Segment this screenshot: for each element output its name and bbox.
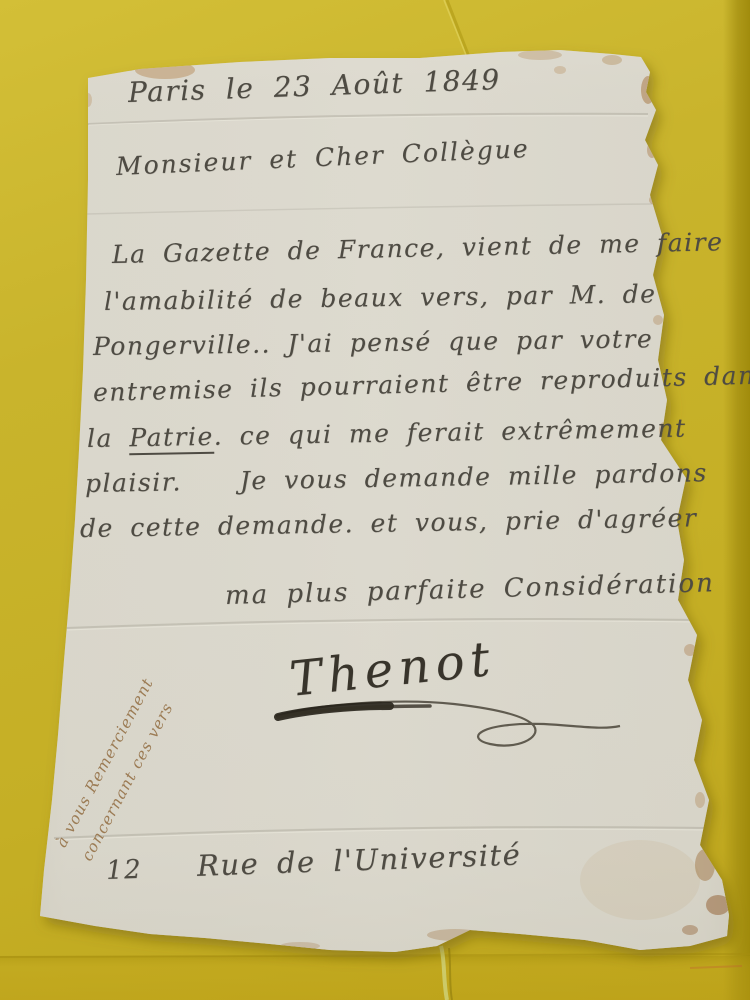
- underlined-word-patrie: Patrie: [129, 422, 214, 455]
- handwriting-layer: Paris le 23 Août 1849 Monsieur et Cher C…: [0, 0, 750, 1000]
- date-line: Paris le 23 Août 1849: [127, 63, 501, 109]
- body-line-2: l'amabilité de beaux vers, par M. de: [104, 279, 657, 316]
- body-line-6-rest: Je vous demande mille pardons: [240, 458, 708, 495]
- photo-of-letter: Paris le 23 Août 1849 Monsieur et Cher C…: [0, 0, 750, 1000]
- signature-flourish: [258, 664, 638, 774]
- address-line: 12Rue de l'Université: [105, 838, 521, 886]
- body-line-7: de cette demande. et vous, prie d'agréer: [80, 503, 698, 543]
- body-line-1: La Gazette de France, vient de me faire: [112, 227, 724, 269]
- address-number: 12: [106, 855, 143, 886]
- body-line-6: plaisir.Je vous demande mille pardons: [85, 458, 708, 498]
- closing-line: ma plus parfaite Considération: [225, 568, 716, 611]
- salutation: Monsieur et Cher Collègue: [115, 134, 530, 181]
- body-line-6-word: plaisir.: [85, 467, 182, 498]
- body-line-4: entremise ils pourraient être reproduits…: [93, 360, 750, 407]
- body-line-5: la Patrie. ce qui me ferait extrêmement: [87, 414, 687, 453]
- body-line-5-post: . ce qui me ferait extrêmement: [213, 414, 686, 451]
- marginal-note: à vous Remerciement concernant ces vers: [48, 592, 231, 867]
- address-street: Rue de l'Université: [196, 838, 521, 883]
- body-line-3: Pongerville.. J'ai pensé que par votre: [93, 324, 654, 361]
- body-line-5-pre: la: [87, 423, 130, 453]
